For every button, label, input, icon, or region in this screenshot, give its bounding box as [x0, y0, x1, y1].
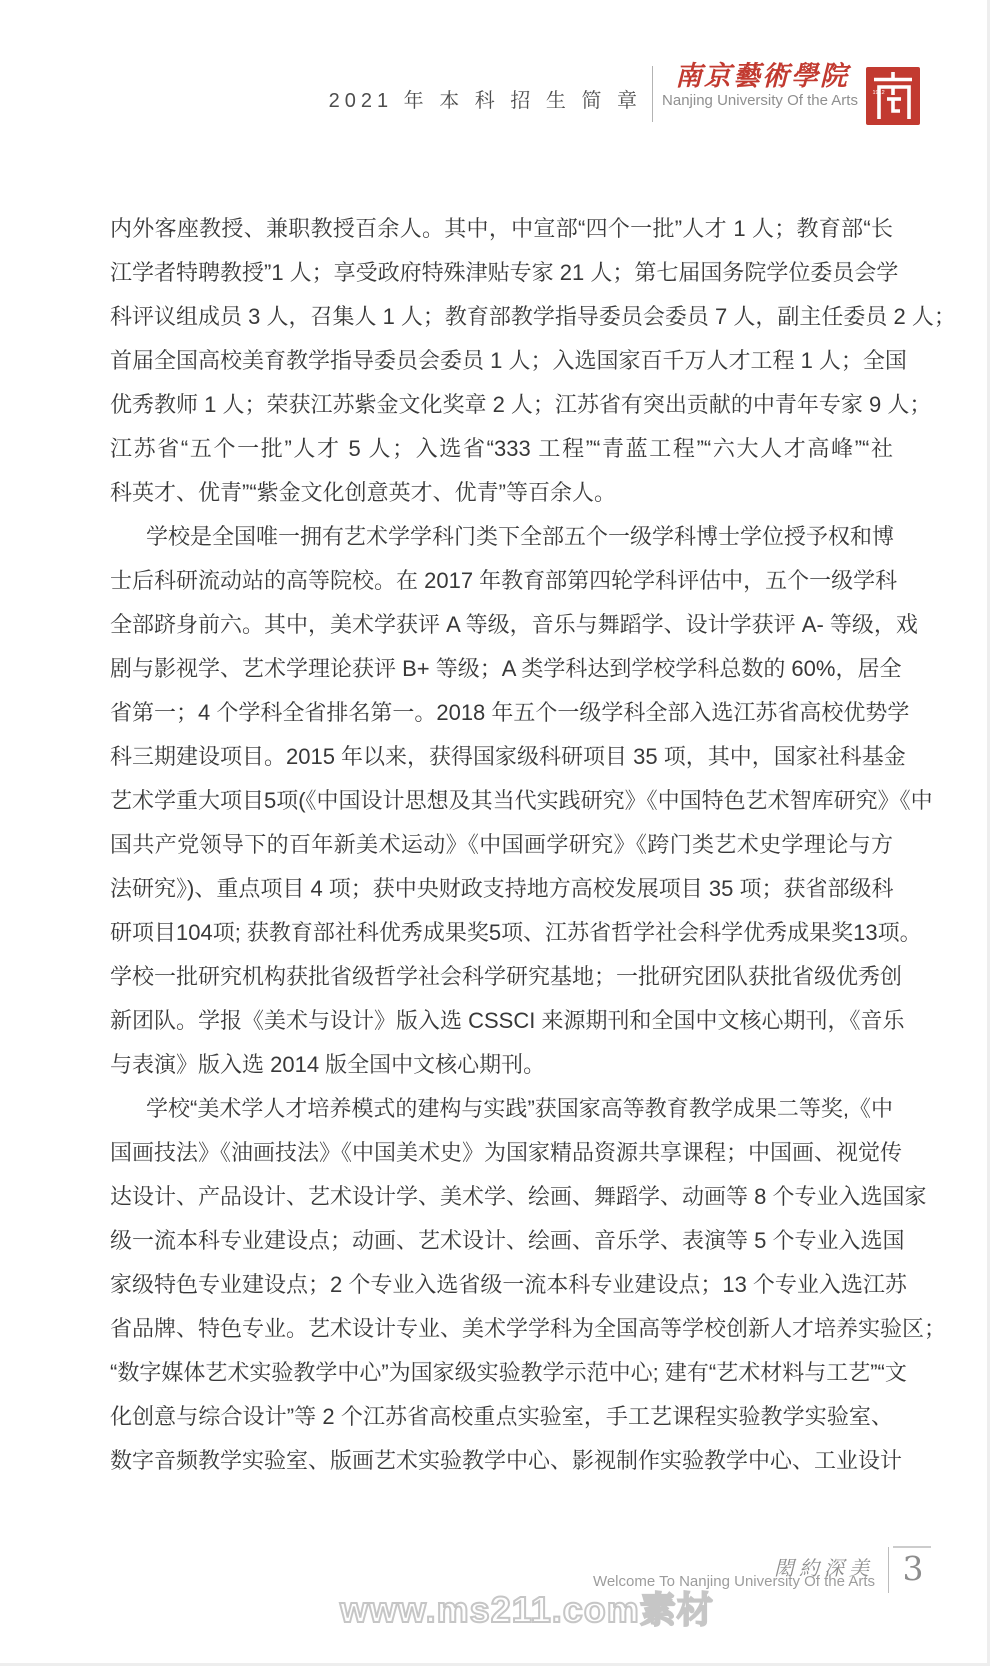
body-line: 研项目104项; 获教育部社科优秀成果奖5项、江苏省哲学社会科学优秀成果奖13项… [110, 911, 893, 955]
body-line: 优秀教师 1 人；荣获江苏紫金文化奖章 2 人；江苏省有突出贡献的中青年专家 9… [110, 383, 893, 427]
body-line: 学校是全国唯一拥有艺术学学科门类下全部五个一级学科博士学位授予权和博 [110, 515, 893, 559]
body-line: 内外客座教授、兼职教授百余人。其中，中宣部“四个一批”人才 1 人；教育部“长 [110, 207, 893, 251]
body-line: 省第一；4 个学科全省排名第一。2018 年五个一级学科全部入选江苏省高校优势学 [110, 691, 893, 735]
body-line: 级一流本科专业建设点；动画、艺术设计、绘画、音乐学、表演等 5 个专业入选国 [110, 1219, 893, 1263]
body-line: 省品牌、特色专业。艺术设计专业、美术学学科为全国高等学校创新人才培养实验区； [110, 1307, 893, 1351]
body-line: 与表演》版入选 2014 版全国中文核心期刊。 [110, 1043, 893, 1087]
body-line: 学校“美术学人才培养模式的建构与实践”获国家高等教育教学成果二等奖,《中 [110, 1087, 893, 1131]
body-line: 新团队。学报《美术与设计》版入选 CSSCI 来源期刊和全国中文核心期刊，《音乐 [110, 999, 893, 1043]
body-line: 科评议组成员 3 人，召集人 1 人；教育部教学指导委员会委员 7 人，副主任委… [110, 295, 893, 339]
body-line: 士后科研流动站的高等院校。在 2017 年教育部第四轮学科评估中，五个一级学科 [110, 559, 893, 603]
page: 2021 年 本 科 招 生 简 章 南京藝術學院 Nanjing Univer… [0, 0, 990, 1666]
university-seal-icon: 1912 [866, 67, 920, 125]
page-title: 2021 年 本 科 招 生 简 章 [329, 84, 642, 113]
body-line: 数字音频教学实验室、版画艺术实验教学中心、影视制作实验教学中心、工业设计 [110, 1439, 893, 1483]
body-line: 首届全国高校美育教学指导委员会委员 1 人；入选国家百千万人才工程 1 人；全国 [110, 339, 893, 383]
footer-divider [888, 1547, 889, 1593]
body-line: 家级特色专业建设点；2 个专业入选省级一流本科专业建设点；13 个专业入选江苏 [110, 1263, 893, 1307]
body-line: 法研究》)、重点项目 4 项；获中央财政支持地方高校发展项目 35 项；获省部级… [110, 867, 893, 911]
body-line: 剧与影视学、艺术学理论获评 B+ 等级；A 类学科达到学校学科总数的 60%，居… [110, 647, 893, 691]
body-line: “数字媒体艺术实验教学中心”为国家级实验教学示范中心; 建有“艺术材料与工艺”“… [110, 1351, 893, 1395]
body-line: 学校一批研究机构获批省级哲学社会科学研究基地；一批研究团队获批省级优秀创 [110, 955, 893, 999]
page-number: 3 [893, 1549, 933, 1588]
body-line: 艺术学重大项目5项(《中国设计思想及其当代实践研究》《中国特色艺术智库研究》《中 [110, 779, 893, 823]
watermark: www.ms211.com素材 [340, 1582, 714, 1633]
body-line: 达设计、产品设计、艺术设计学、美术学、绘画、舞蹈学、动画等 8 个专业入选国家 [110, 1175, 893, 1219]
seal-year: 1912 [873, 90, 885, 96]
body-line: 国共产党领导下的百年新美术运动》《中国画学研究》《跨门类艺术史学理论与方 [110, 823, 893, 867]
body-line: 江学者特聘教授”1 人；享受政府特殊津贴专家 21 人；第七届国务院学位委员会学 [110, 251, 893, 295]
body-line: 国画技法》《油画技法》《中国美术史》为国家精品资源共享课程；中国画、视觉传 [110, 1131, 893, 1175]
university-name-en: Nanjing University Of the Arts [652, 92, 868, 109]
body-text: 内外客座教授、兼职教授百余人。其中，中宣部“四个一批”人才 1 人；教育部“长江… [110, 207, 893, 1483]
body-line: 科英才、优青”“紫金文化创意英才、优青”等百余人。 [110, 471, 893, 515]
body-line: 化创意与综合设计”等 2 个江苏省高校重点实验室，手工艺课程实验教学实验室、 [110, 1395, 893, 1439]
university-name-cn: 南京藝術學院 [658, 54, 866, 93]
body-line: 江苏省“五个一批”人才 5 人；入选省“333 工程”“青蓝工程”“六大人才高峰… [110, 427, 893, 471]
body-line: 科三期建设项目。2015 年以来，获得国家级科研项目 35 项，其中，国家社科基… [110, 735, 893, 779]
body-line: 全部跻身前六。其中，美术学获评 A 等级，音乐与舞蹈学、设计学获评 A- 等级，… [110, 603, 893, 647]
page-number-rule [893, 1546, 931, 1548]
